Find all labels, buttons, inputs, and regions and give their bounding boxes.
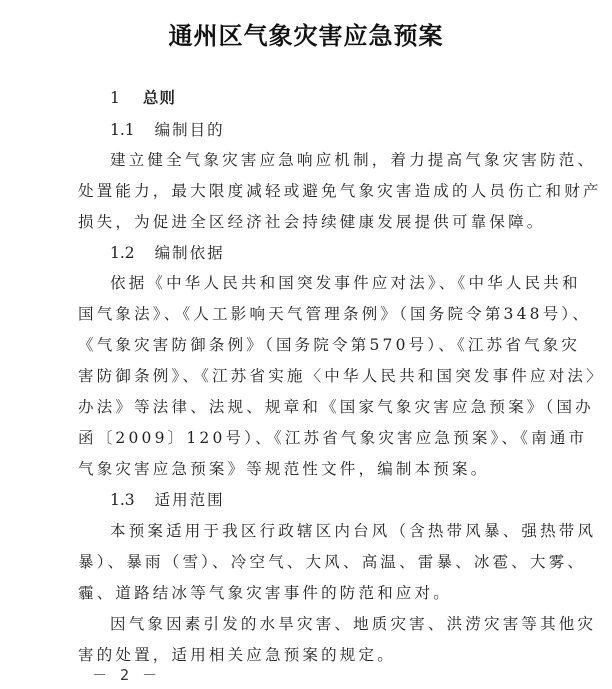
document-page: 通州区气象灾害应急预案 1总则 1.1编制目的 建立健全气象灾害应急响应机制，着… (0, 0, 612, 689)
paragraph-line: 国气象法》、《人工影响天气管理条例》（国务院令第348号）、 (78, 304, 548, 324)
paragraph-line: 霾、道路结冰等气象灾害事件的防范和应对。 (78, 583, 548, 603)
section-title: 总则 (143, 88, 176, 107)
paragraph-line: 建立健全气象灾害应急响应机制，着力提高气象灾害防范、 (110, 150, 580, 170)
paragraph-line: 办法》等法律、法规、规章和《国家气象灾害应急预案》（国办 (78, 397, 548, 417)
subsection-number: 1.2 (110, 244, 135, 262)
subsection-number: 1.1 (110, 121, 135, 139)
paragraph-line: 损失，为促进全区经济社会持续健康发展提供可靠保障。 (78, 212, 548, 232)
paragraph-line: 害的处置，适用相关应急预案的规定。 (78, 645, 548, 665)
subsection-heading-1-3: 1.3适用范围 (110, 490, 580, 510)
paragraph-line: 害防御条例》、《江苏省实施〈中华人民共和国突发事件应对法〉 (78, 366, 548, 386)
section-number: 1 (110, 89, 121, 107)
paragraph-line: 气象灾害应急预案》等规范性文件，编制本预案。 (78, 459, 548, 479)
subsection-title: 编制依据 (155, 244, 225, 262)
paragraph-line: 函〔2009〕120号）、《江苏省气象灾害应急预案》、《南通市 (78, 428, 548, 448)
paragraph-line: 暴）、暴雨（雪）、冷空气、大风、高温、雷暴、冰雹、大雾、 (78, 552, 548, 572)
document-title: 通州区气象灾害应急预案 (0, 16, 612, 51)
paragraph-line: 《气象灾害防御条例》（国务院令第570号）、《江苏省气象灾 (78, 335, 548, 355)
paragraph-line: 本预案适用于我区行政辖区内台风（含热带风暴、强热带风 (110, 521, 580, 541)
subsection-heading-1-2: 1.2编制依据 (110, 243, 580, 263)
paragraph-line: 依据《中华人民共和国突发事件应对法》、《中华人民共和 (110, 273, 580, 293)
section-heading-1: 1总则 (110, 88, 580, 108)
paragraph-line: 因气象因素引发的水旱灾害、地质灾害、洪涝灾害等其他灾 (110, 614, 580, 634)
paragraph-line: 处置能力，最大限度减轻或避免气象灾害造成的人员伤亡和财产 (78, 181, 548, 201)
subsection-title: 编制目的 (155, 121, 225, 139)
subsection-heading-1-1: 1.1编制目的 (110, 120, 580, 140)
page-number: － 2 － (92, 664, 159, 685)
subsection-number: 1.3 (110, 491, 135, 509)
subsection-title: 适用范围 (155, 491, 225, 509)
